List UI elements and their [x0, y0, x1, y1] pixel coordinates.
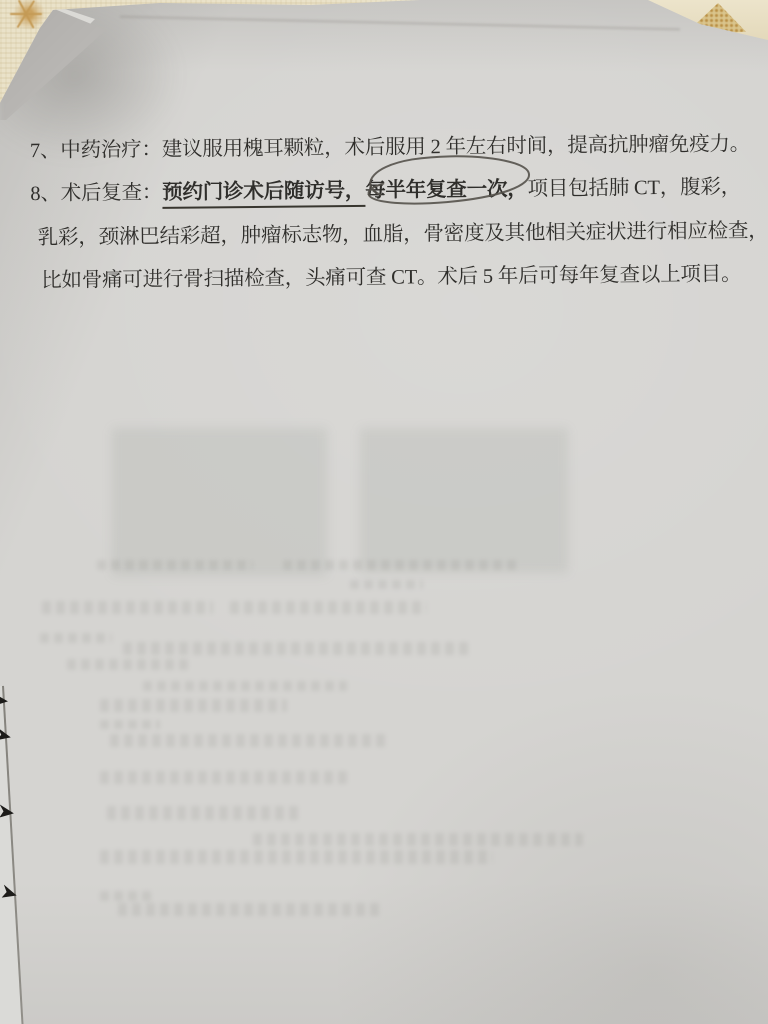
paper-sheet: 7、中药治疗：建议服用槐耳颗粒，术后服用 2 年左右时间，提高抗肿瘤免疫力。 8… [0, 0, 768, 1024]
item8-line1-rest: 项目包括肺 CT，腹彩， [527, 176, 741, 200]
document-text: 7、中药治疗：建议服用槐耳颗粒，术后服用 2 年左右时间，提高抗肿瘤免疫力。 8… [0, 0, 768, 340]
bleedthrough-text-row [143, 681, 347, 691]
bleedthrough-text-row [107, 806, 300, 820]
bleedthrough-text-row [100, 720, 160, 729]
bleedthrough-text-row [40, 633, 112, 643]
bleedthrough-text-row [110, 734, 387, 747]
bleedthrough-text-row [97, 560, 253, 570]
bleedthrough-text-row [123, 642, 473, 655]
bleedthrough-image-block [360, 428, 568, 573]
bleedthrough-text-row [100, 850, 493, 864]
bleedthrough-text-row [253, 833, 583, 846]
paragraph-item-8-line1: 8、术后复查：预约门诊术后随访号，每半年复查一次，项目包括肺 CT，腹彩， [30, 169, 741, 206]
bleedthrough-text-row [283, 560, 520, 570]
paragraph-item-8-line3: 比如骨痛可进行骨扫描检查，头痛可查 CT。术后 5 年后可每年复查以上项目。 [41, 256, 741, 293]
item7-body: 建议服用槐耳颗粒，术后服用 2 年左右时间，提高抗肿瘤免疫力。 [162, 133, 750, 161]
item7-heading: 7、中药治疗： [30, 139, 162, 162]
bleedthrough-image-block [112, 428, 327, 576]
item8-line3: 比如骨痛可进行骨扫描检查，头痛可查 CT。术后 5 年后可每年复查以上项目。 [41, 263, 741, 292]
item8-underlined-phrase: 预约门诊术后随访号， [162, 180, 365, 208]
bleedthrough-text-row [100, 891, 153, 901]
paragraph-item-7: 7、中药治疗：建议服用槐耳颗粒，术后服用 2 年左右时间，提高抗肿瘤免疫力。 [30, 126, 750, 163]
document-photo: 7、中药治疗：建议服用槐耳颗粒，术后服用 2 年左右时间，提高抗肿瘤免疫力。 8… [0, 0, 768, 1024]
bleedthrough-text-row [118, 903, 382, 916]
item8-line2: 乳彩，颈淋巴结彩超，肿瘤标志物，血脂，骨密度及其他相关症状进行相应检查， [38, 220, 768, 249]
bleedthrough-text-row [100, 699, 287, 712]
paragraph-item-8-line2: 乳彩，颈淋巴结彩超，肿瘤标志物，血脂，骨密度及其他相关症状进行相应检查， [38, 213, 768, 250]
bleedthrough-text-row [350, 580, 423, 589]
item8-heading: 8、术后复查： [30, 182, 162, 205]
bleedthrough-text-row [100, 771, 347, 784]
bleedthrough-text-row [230, 601, 427, 614]
item8-circled-phrase: 每半年复查一次， [365, 171, 528, 203]
bleedthrough-text-row [42, 601, 213, 614]
bleedthrough-text-row [67, 659, 188, 670]
circled-text: 每半年复查一次， [365, 178, 528, 202]
